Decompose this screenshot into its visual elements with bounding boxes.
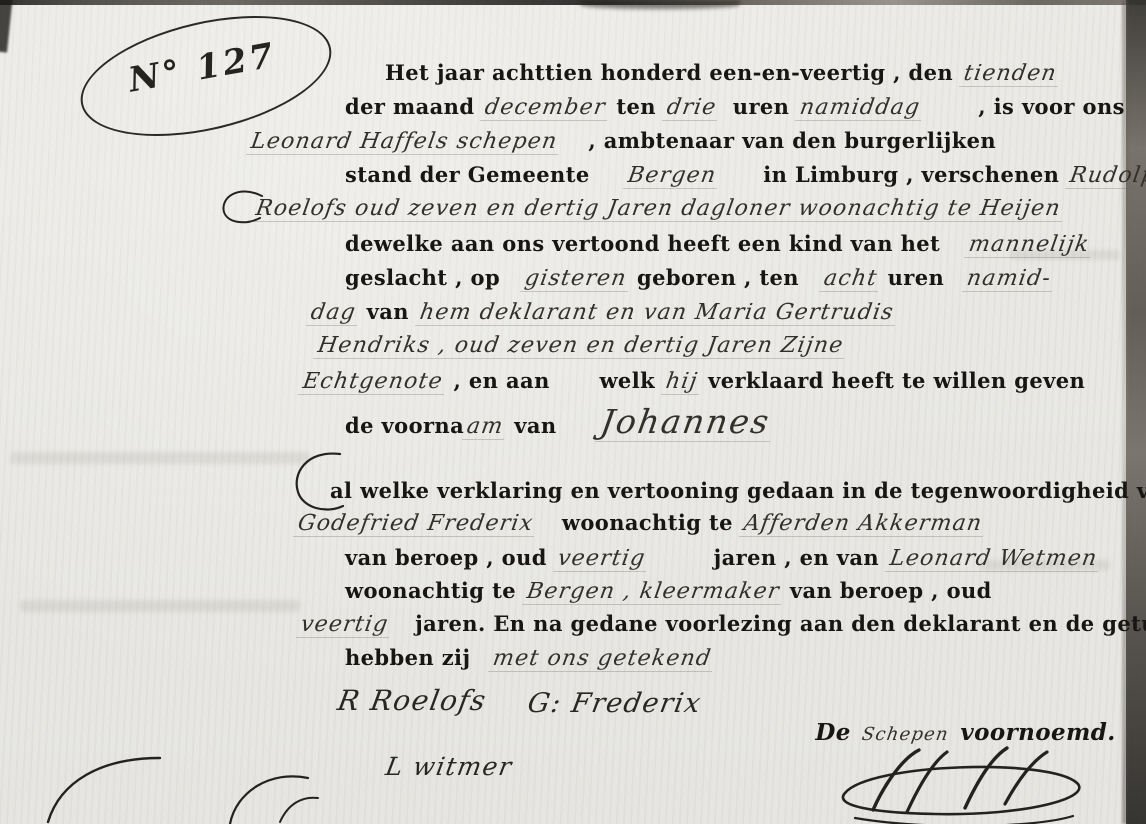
document-line: de voornaam van Johannes xyxy=(345,402,773,442)
printed-text-segment: jaren , en van xyxy=(706,545,887,570)
signature-witness-roelofs: R Roelofs xyxy=(335,684,489,717)
signature-witness-frederix: G: Frederix xyxy=(525,688,704,719)
printed-text-segment: stand der Gemeente xyxy=(345,162,597,187)
handwritten-text-segment: Leonard Haffels schepen xyxy=(246,129,562,155)
handwritten-text-segment: veertig xyxy=(296,612,393,638)
handwritten-text-segment: Rudolph xyxy=(1065,163,1146,189)
printed-text-segment: , en aan xyxy=(446,368,558,393)
scan-edge-left-corner xyxy=(0,0,13,53)
handwritten-text-segment: Hendriks , oud zeven en dertig Jaren Zij… xyxy=(313,333,849,359)
scan-edge-blotch xyxy=(580,0,740,9)
document-line: Leonard Haffels schepen, ambtenaar van d… xyxy=(248,128,996,155)
printed-text-segment: der maand xyxy=(345,94,482,119)
handwritten-text-segment: Johannes xyxy=(595,402,776,442)
printed-text-segment: uren xyxy=(725,94,797,119)
handwritten-text-segment: mannelijk xyxy=(964,232,1094,258)
handwritten-text-segment: Echtgenote xyxy=(298,369,448,395)
handwritten-text-segment: namid- xyxy=(962,266,1056,292)
document-line: stand der Gemeente Bergen in Limburg , v… xyxy=(345,162,1146,189)
handwritten-text-segment: Afferden Akkerman xyxy=(739,511,987,537)
document-line: dag van hem deklarant en van Maria Gertr… xyxy=(308,299,896,326)
handwritten-text-segment: Bergen xyxy=(623,163,721,189)
scan-edge-right-inner xyxy=(1122,0,1128,824)
printed-text-segment: ten xyxy=(609,94,664,119)
handwritten-text-segment: acht xyxy=(819,266,882,292)
document-line: Het jaar achttien honderd een-en-veertig… xyxy=(385,60,1060,87)
printed-text-segment: Het jaar achttien honderd een-en-veertig… xyxy=(385,60,961,85)
document-line: Roelofs oud zeven en dertig Jaren daglon… xyxy=(253,196,1064,222)
next-act-flourish xyxy=(40,752,350,824)
printed-text-segment: in Limburg , verschenen xyxy=(755,162,1067,187)
document-line: van beroep , oud veertig jaren , en van … xyxy=(345,545,1100,572)
document-line: al welke verklaring en vertooning gedaan… xyxy=(330,478,1146,503)
printed-text-segment: dewelke aan ons vertoond heeft een kind … xyxy=(345,231,948,256)
printed-text-segment: van xyxy=(507,413,565,438)
printed-text-segment: jaren. En na gedane voorlezing aan den d… xyxy=(407,611,1146,636)
document-line: hebben zij met ons getekend xyxy=(345,645,714,672)
document-page: N° 127 Het jaar achttien honderd een-en-… xyxy=(0,0,1146,824)
printed-text-segment: hebben zij xyxy=(345,645,478,670)
handwritten-text-segment: dag xyxy=(306,300,361,326)
printed-text-segment: geslacht , op xyxy=(345,265,508,290)
handwritten-text-segment: tienden xyxy=(959,61,1062,87)
official-signature-flourish xyxy=(815,738,1105,824)
handwritten-text-segment: Godefried Frederix xyxy=(293,511,538,537)
printed-text-segment: van beroep , oud xyxy=(782,578,992,603)
printed-text-segment: , is voor ons xyxy=(978,94,1125,119)
document-line: dewelke aan ons vertoond heeft een kind … xyxy=(345,231,1092,258)
printed-text-segment: de voorna xyxy=(345,413,464,438)
handwritten-text-segment: gisteren xyxy=(520,266,632,292)
printed-text-segment: , ambtenaar van den burgerlijken xyxy=(588,128,996,153)
handwritten-text-segment: december xyxy=(480,95,611,121)
handwritten-text-segment: Roelofs oud zeven en dertig Jaren daglon… xyxy=(251,196,1066,222)
handwritten-text-segment: veertig xyxy=(553,546,650,572)
handwritten-text-segment: am xyxy=(462,414,509,440)
printed-text-segment: welk xyxy=(599,368,662,393)
document-line: veertig jaren. En na gedane voorlezing a… xyxy=(298,611,1146,638)
printed-text-segment: verklaard heeft te willen geven xyxy=(700,368,1085,393)
document-line: der maand december ten drie uren namidda… xyxy=(345,94,1125,121)
document-line: Echtgenote , en aan welk hij verklaard h… xyxy=(300,368,1085,395)
handwritten-text-segment: Bergen , kleermaker xyxy=(522,579,785,605)
printed-text-segment: woonachtig te xyxy=(345,578,524,603)
handwritten-text-segment: drie xyxy=(662,95,722,121)
printed-text-segment: woonachtig te xyxy=(554,510,740,535)
printed-text-segment: geboren , ten xyxy=(629,265,806,290)
bleed-through-smudge xyxy=(20,600,300,612)
handwritten-text-segment: hij xyxy=(661,369,703,395)
bleed-through-smudge xyxy=(10,452,310,464)
document-line: Godefried Frederix woonachtig te Afferde… xyxy=(295,510,985,537)
handwritten-text-segment: Leonard Wetmen xyxy=(885,546,1102,572)
handwritten-text-segment: namiddag xyxy=(795,95,925,121)
signature-witness-witmer: L witmer xyxy=(383,752,515,781)
document-line: Hendriks , oud zeven en dertig Jaren Zij… xyxy=(315,333,846,359)
printed-text-segment: uren xyxy=(880,265,952,290)
printed-text-segment: van beroep , oud xyxy=(345,545,555,570)
document-line: geslacht , op gisteren geboren , ten ach… xyxy=(345,265,1054,292)
handwritten-text-segment: met ons getekend xyxy=(488,646,716,672)
printed-text-segment: al welke verklaring en vertooning gedaan… xyxy=(330,478,1146,503)
handwritten-text-segment: hem deklarant en van Maria Gertrudis xyxy=(415,300,899,326)
document-line: woonachtig te Bergen , kleermaker van be… xyxy=(345,578,992,605)
scan-edge-top xyxy=(0,0,1146,5)
scan-edge-right xyxy=(1126,0,1146,824)
printed-text-segment: van xyxy=(359,299,417,324)
